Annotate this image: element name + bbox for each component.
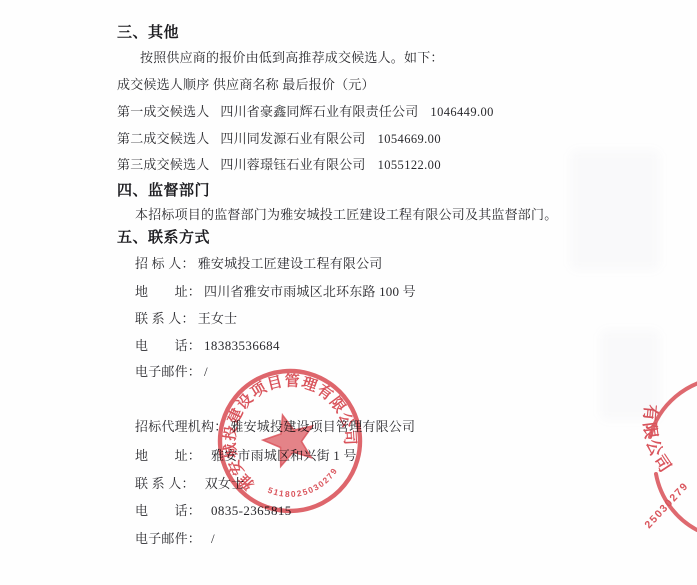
candidate-supplier: 四川同发源石业有限公司 bbox=[220, 131, 365, 146]
candidate-row-2: 第二成交候选人四川同发源石业有限公司1054669.00 bbox=[117, 128, 441, 147]
candidate-rank: 第三成交候选人 bbox=[117, 157, 209, 172]
seal-code-text: 5118025030279 bbox=[264, 464, 342, 501]
email-label: 电子邮件： bbox=[135, 364, 201, 379]
person-value: 王女士 bbox=[198, 311, 238, 326]
address-value: 四川省雅安市雨城区北环东路 100 号 bbox=[204, 284, 416, 299]
agency-value: 雅安城投建设项目管理有限公司 bbox=[230, 419, 415, 434]
tenderer-address-line: 地 址：四川省雅安市雨城区北环东路 100 号 bbox=[135, 281, 416, 300]
edge-seal-code-text: 25030279 bbox=[642, 480, 691, 531]
tenderer-label: 招 标 人： bbox=[135, 256, 195, 271]
section-other-intro: 按照供应商的报价由低到高推荐成交候选人。如下： bbox=[140, 47, 444, 66]
candidate-rank: 第二成交候选人 bbox=[117, 131, 209, 146]
section-other-heading: 三、其他 bbox=[117, 21, 179, 42]
scan-artifact bbox=[570, 150, 660, 270]
tenderer-value: 雅安城投工匠建设工程有限公司 bbox=[198, 256, 383, 271]
agency-label: 招标代理机构： bbox=[135, 419, 227, 434]
email-label: 电子邮件： bbox=[135, 531, 201, 546]
agency-contact-person-line: 联 系 人：双女士 bbox=[135, 473, 244, 492]
address-label: 地 址： bbox=[135, 448, 201, 463]
scanned-document-page: 三、其他 按照供应商的报价由低到高推荐成交候选人。如下： 成交候选人顺序 供应商… bbox=[0, 0, 697, 585]
tenderer-email-line: 电子邮件：/ bbox=[135, 361, 208, 380]
tenderer-contact-person-line: 联 系 人：王女士 bbox=[135, 308, 237, 327]
tenderer-phone-line: 电 话：18383536684 bbox=[135, 335, 280, 354]
section-supervision-heading: 四、监督部门 bbox=[117, 179, 210, 200]
email-value: / bbox=[204, 364, 208, 379]
section-supervision-body: 本招标项目的监督部门为雅安城投工匠建设工程有限公司及其监督部门。 bbox=[135, 204, 557, 223]
email-value: / bbox=[211, 531, 215, 546]
candidate-price: 1046449.00 bbox=[430, 105, 493, 119]
phone-value: 0835-2365815 bbox=[211, 503, 292, 518]
edge-seal-arc-lower bbox=[656, 474, 697, 530]
candidate-price: 1054669.00 bbox=[378, 132, 441, 146]
company-seal: 雅安城投建设项目管理有限公司 5118025030279 bbox=[213, 364, 367, 518]
phone-label: 电 话： bbox=[135, 338, 201, 353]
agency-phone-line: 电 话：0835-2365815 bbox=[135, 500, 292, 519]
address-label: 地 址： bbox=[135, 284, 201, 299]
phone-value: 18383536684 bbox=[204, 338, 280, 353]
candidate-table-header: 成交候选人顺序 供应商名称 最后报价（元） bbox=[117, 74, 375, 93]
person-label: 联 系 人： bbox=[135, 476, 195, 491]
candidate-supplier: 四川省豪鑫同辉石业有限责任公司 bbox=[220, 104, 418, 119]
candidate-row-3: 第三成交候选人四川蓉璟钰石业有限公司1055122.00 bbox=[117, 154, 441, 173]
phone-label: 电 话： bbox=[135, 503, 201, 518]
candidate-row-1: 第一成交候选人四川省豪鑫同辉石业有限责任公司1046449.00 bbox=[117, 101, 494, 120]
section-contact-heading: 五、联系方式 bbox=[117, 226, 210, 247]
candidate-supplier: 四川蓉璟钰石业有限公司 bbox=[220, 157, 365, 172]
address-value: 雅安市雨城区和兴街 1 号 bbox=[211, 448, 357, 463]
seal-ring bbox=[213, 364, 367, 518]
candidate-rank: 第一成交候选人 bbox=[117, 104, 209, 119]
tenderer-line: 招 标 人：雅安城投工匠建设工程有限公司 bbox=[135, 253, 383, 272]
agency-address-line: 地 址：雅安市雨城区和兴街 1 号 bbox=[135, 445, 357, 464]
person-value: 双女士 bbox=[205, 476, 245, 491]
agency-line: 招标代理机构：雅安城投建设项目管理有限公司 bbox=[135, 416, 415, 435]
candidate-price: 1055122.00 bbox=[378, 158, 441, 172]
agency-email-line: 电子邮件：/ bbox=[135, 528, 215, 547]
person-label: 联 系 人： bbox=[135, 311, 195, 326]
scan-artifact bbox=[600, 330, 660, 420]
